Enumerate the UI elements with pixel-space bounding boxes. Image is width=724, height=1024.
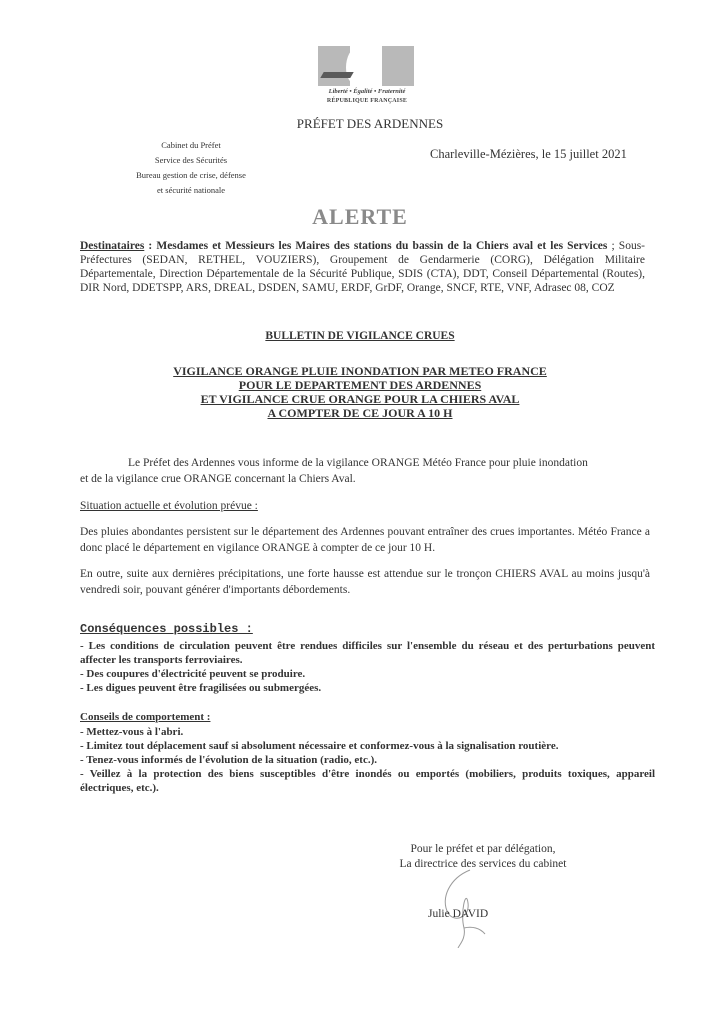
marianne-profile-icon xyxy=(346,48,366,84)
advice-item: - Tenez-vous informés de l'évolution de … xyxy=(80,753,655,767)
situation-heading: Situation actuelle et évolution prévue : xyxy=(80,500,258,512)
vigilance-title-line: A COMPTER DE CE JOUR A 10 H xyxy=(120,406,600,420)
sender-line: Bureau gestion de crise, défense xyxy=(96,168,286,183)
services-label: Services xyxy=(567,240,607,252)
vigilance-title-line: POUR LE DEPARTEMENT DES ARDENNES xyxy=(120,378,600,392)
situation-paragraph-1: Des pluies abondantes persistent sur le … xyxy=(80,524,650,556)
sender-line: Service des Sécurités xyxy=(96,153,286,168)
consequence-item: - Les digues peuvent être fragilisées ou… xyxy=(80,681,655,695)
recipients-label: Destinataires xyxy=(80,240,144,252)
sender-block: Cabinet du Préfet Service des Sécurités … xyxy=(96,138,286,198)
recipients-paragraph: Destinataires : Mesdames et Messieurs le… xyxy=(80,239,645,295)
vigilance-titles: VIGILANCE ORANGE PLUIE INONDATION PAR ME… xyxy=(120,364,600,420)
advice-list: - Mettez-vous à l'abri. - Limitez tout d… xyxy=(80,725,655,795)
vigilance-title-line: ET VIGILANCE CRUE ORANGE POUR LA CHIERS … xyxy=(120,392,600,406)
prefecture-title: PRÉFET DES ARDENNES xyxy=(260,116,480,132)
sender-line: Cabinet du Préfet xyxy=(96,138,286,153)
advice-heading: Conseils de comportement : xyxy=(80,711,210,723)
bulletin-title: BULLETIN DE VIGILANCE CRUES xyxy=(150,330,570,342)
intro-line-2: et de la vigilance crue ORANGE concernan… xyxy=(80,471,650,487)
sender-line: et sécurité nationale xyxy=(96,183,286,198)
recipients-main: : Mesdames et Messieurs les Maires des s… xyxy=(144,240,567,252)
intro-paragraph: Le Préfet des Ardennes vous informe de l… xyxy=(80,455,650,487)
marianne-logo xyxy=(318,46,414,86)
republic-motto: Liberté • Égalité • Fraternité xyxy=(312,88,422,95)
intro-line-1: Le Préfet des Ardennes vous informe de l… xyxy=(80,455,650,471)
advice-item: - Limitez tout déplacement sauf si absol… xyxy=(80,739,655,753)
consequence-item: - Les conditions de circulation peuvent … xyxy=(80,639,655,667)
date-line: Charleville-Mézières, le 15 juillet 2021 xyxy=(430,147,627,162)
advice-item: - Veillez à la protection des biens susc… xyxy=(80,767,655,795)
consequences-list: - Les conditions de circulation peuvent … xyxy=(80,639,655,695)
signature-line-1: Pour le préfet et par délégation, xyxy=(378,842,588,857)
consequence-item: - Des coupures d'électricité peuvent se … xyxy=(80,667,655,681)
republic-name: RÉPUBLIQUE FRANÇAISE xyxy=(312,98,422,104)
consequences-heading: Conséquences possibles : xyxy=(80,622,253,636)
logo-stroke xyxy=(320,72,353,78)
alert-title: ALERTE xyxy=(280,204,440,230)
situation-paragraph-2: En outre, suite aux dernières précipitat… xyxy=(80,566,650,598)
advice-item: - Mettez-vous à l'abri. xyxy=(80,725,655,739)
vigilance-title-line: VIGILANCE ORANGE PLUIE INONDATION PAR ME… xyxy=(120,364,600,378)
signatory-name: Julie DAVID xyxy=(428,908,488,920)
